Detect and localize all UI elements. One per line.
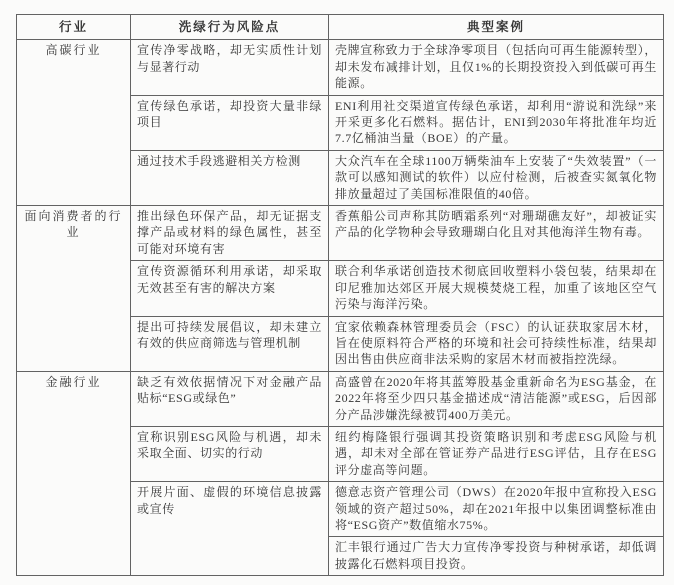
risk-cell: 宣称识别ESG风险与机遇，却未采取全面、切实的行动 xyxy=(131,426,329,481)
risk-cell: 推出绿色环保产品，却无证据支撑产品或材料的绿色属性，甚至可能对环境有害 xyxy=(131,206,329,261)
risk-cell: 宣传绿色承诺，却投资大量非绿项目 xyxy=(131,95,329,150)
table-row: 面向消费者的行业 推出绿色环保产品，却无证据支撑产品或材料的绿色属性，甚至可能对… xyxy=(17,206,664,261)
risk-cell: 通过技术手段逃避相关方检测 xyxy=(131,150,329,205)
industry-cell-finance: 金融行业 xyxy=(17,371,131,575)
document-page: 行业 洗绿行为风险点 典型案例 高碳行业 宣传净零战略，却无实质性计划与显著行动… xyxy=(0,0,674,585)
table-row: 高碳行业 宣传净零战略，却无实质性计划与显著行动 壳牌宣称致力于全球净零项目（包… xyxy=(17,40,664,95)
industry-cell-high-carbon: 高碳行业 xyxy=(17,40,131,206)
case-cell: ENI利用社交渠道宣传绿色承诺，却利用“游说和洗绿”来开采更多化石燃料。据估计，… xyxy=(329,95,664,150)
table-row: 金融行业 缺乏有效依据情况下对金融产品贴标“ESG或绿色” 高盛曾在2020年将… xyxy=(17,371,664,426)
header-case: 典型案例 xyxy=(329,15,664,40)
header-risk: 洗绿行为风险点 xyxy=(131,15,329,40)
header-industry: 行业 xyxy=(17,15,131,40)
case-cell: 联合利华承诺创造技术彻底回收塑料小袋包装，结果却在印尼雅加达郊区开展大规模焚烧工… xyxy=(329,261,664,316)
case-cell: 纽约梅隆银行强调其投资策略识别和考虑ESG风险与机遇，却未对全部在管证券产品进行… xyxy=(329,426,664,481)
case-cell: 壳牌宣称致力于全球净零项目（包括向可再生能源转型），却未发布减排计划，且仅1%的… xyxy=(329,40,664,95)
case-cell: 汇丰银行通过广告大力宣传净零投资与种树承诺，却低调披露化石燃料项目投资。 xyxy=(329,537,664,576)
case-cell: 德意志资产管理公司（DWS）在2020年报中宣称投入ESG领域的资产超过50%，… xyxy=(329,482,664,537)
risk-cell: 宣传资源循环利用承诺，却采取无效甚至有害的解决方案 xyxy=(131,261,329,316)
risk-cell: 缺乏有效依据情况下对金融产品贴标“ESG或绿色” xyxy=(131,371,329,426)
header-row: 行业 洗绿行为风险点 典型案例 xyxy=(17,15,664,40)
case-cell: 香蕉船公司声称其防晒霜系列“对珊瑚礁友好”，却被证实产品的化学物种会导致珊瑚白化… xyxy=(329,206,664,261)
case-cell: 大众汽车在全球1100万辆柴油车上安装了“失效装置”（一款可以感知测试的软件）以… xyxy=(329,150,664,205)
risk-cell: 提出可持续发展倡议，却未建立有效的供应商筛选与管理机制 xyxy=(131,316,329,371)
case-cell: 宜家依赖森林管理委员会（FSC）的认证获取家居木材，旨在使原料符合严格的环境和社… xyxy=(329,316,664,371)
industry-cell-consumer: 面向消费者的行业 xyxy=(17,206,131,372)
risk-cell: 宣传净零战略，却无实质性计划与显著行动 xyxy=(131,40,329,95)
case-cell: 高盛曾在2020年将其蓝筹股基金重新命名为ESG基金，在2022年将至少四只基金… xyxy=(329,371,664,426)
risk-cell: 开展片面、虚假的环境信息披露或宣传 xyxy=(131,482,329,576)
greenwashing-table: 行业 洗绿行为风险点 典型案例 高碳行业 宣传净零战略，却无实质性计划与显著行动… xyxy=(16,14,664,576)
